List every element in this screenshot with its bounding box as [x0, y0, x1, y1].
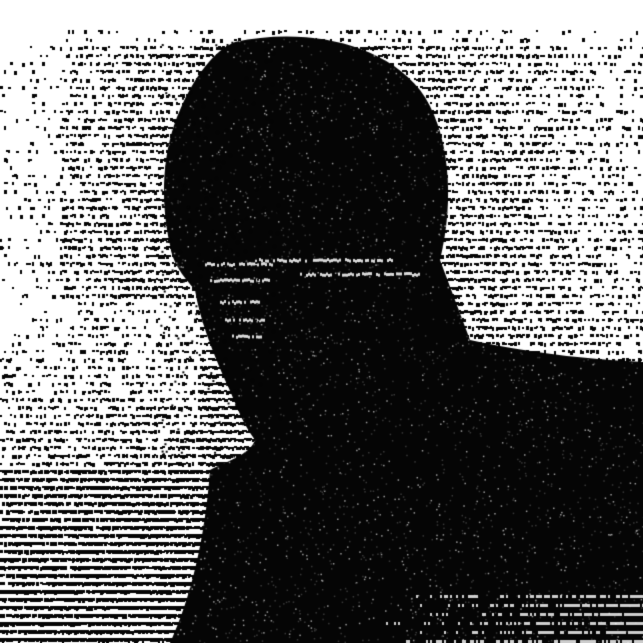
image-frame — [0, 0, 643, 643]
halftone-portrait-canvas — [0, 0, 643, 643]
